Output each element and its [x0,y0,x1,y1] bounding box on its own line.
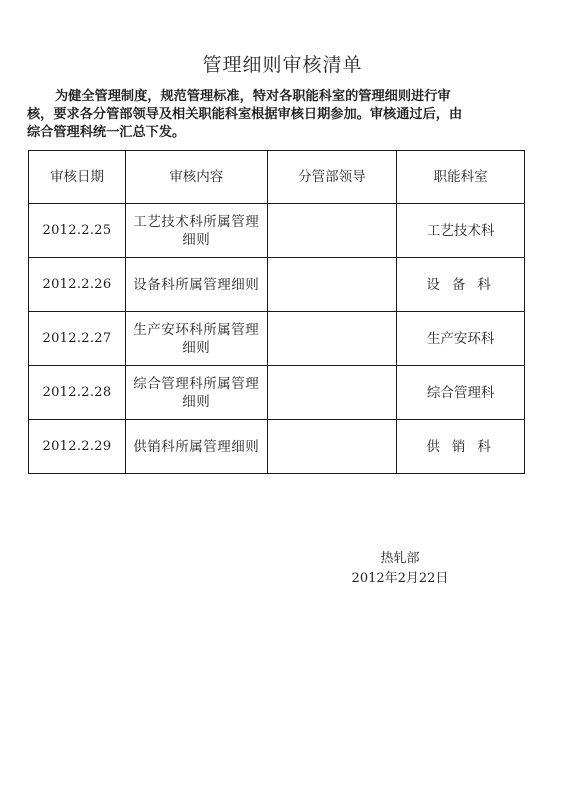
table-row: 2012.2.28 综合管理科所属管理 细则 综合管理科 [29,366,525,420]
content-line-2: 细则 [130,339,263,357]
table-header-row: 审核日期 审核内容 分管部领导 职能科室 [29,151,525,204]
table-row: 2012.2.26 设备科所属管理细则 设备科 [29,258,525,312]
department-cell: 综合管理科 [397,366,525,420]
content-line-2: 细则 [130,231,263,249]
leader-signature-cell[interactable] [267,258,397,312]
review-table: 审核日期 审核内容 分管部领导 职能科室 2012.2.25 工艺技术科所属管理… [28,150,525,474]
content-line-1: 工艺技术科所属管理 [130,213,263,231]
intro-line-1-text: 为健全管理制度，规范管理标准，特对各职能科室的管理细则进行审 [55,89,451,104]
table-row: 2012.2.27 生产安环科所属管理 细则 生产安环科 [29,312,525,366]
review-date-cell: 2012.2.28 [29,366,126,420]
header-division-leader: 分管部领导 [267,151,397,204]
intro-line-3: 综合管理科统一汇总下发。 [27,124,527,142]
content-line-1: 生产安环科所属管理 [130,321,263,339]
review-content-cell: 综合管理科所属管理 细则 [125,366,267,420]
intro-line-1: 为健全管理制度，规范管理标准，特对各职能科室的管理细则进行审 [27,88,527,106]
content-line-1: 综合管理科所属管理 [130,375,263,393]
signature-date: 2012年2月22日 [340,569,460,589]
leader-signature-cell[interactable] [267,420,397,474]
document-title: 管理细则审核清单 [0,50,565,77]
department-cell: 供销科 [397,420,525,474]
content-line-1: 供销科所属管理细则 [130,438,263,456]
table-row: 2012.2.29 供销科所属管理细则 供销科 [29,420,525,474]
leader-signature-cell[interactable] [267,204,397,258]
department-cell: 设备科 [397,258,525,312]
content-line-1: 设备科所属管理细则 [130,276,263,294]
review-date-cell: 2012.2.29 [29,420,126,474]
intro-line-2: 核，要求各分管部领导及相关职能科室根据审核日期参加。审核通过后，由 [27,106,527,124]
review-date-cell: 2012.2.26 [29,258,126,312]
intro-paragraph: 为健全管理制度，规范管理标准，特对各职能科室的管理细则进行审 核，要求各分管部领… [27,88,527,142]
review-date-cell: 2012.2.27 [29,312,126,366]
department-cell: 工艺技术科 [397,204,525,258]
review-content-cell: 设备科所属管理细则 [125,258,267,312]
header-review-date: 审核日期 [29,151,126,204]
content-line-2: 细则 [130,393,263,411]
review-content-cell: 生产安环科所属管理 细则 [125,312,267,366]
department-cell: 生产安环科 [397,312,525,366]
review-date-cell: 2012.2.25 [29,204,126,258]
signature-department: 热轧部 [340,549,460,569]
header-department: 职能科室 [397,151,525,204]
header-review-content: 审核内容 [125,151,267,204]
table-row: 2012.2.25 工艺技术科所属管理 细则 工艺技术科 [29,204,525,258]
signature-block: 热轧部 2012年2月22日 [340,549,460,589]
review-content-cell: 工艺技术科所属管理 细则 [125,204,267,258]
leader-signature-cell[interactable] [267,366,397,420]
leader-signature-cell[interactable] [267,312,397,366]
review-content-cell: 供销科所属管理细则 [125,420,267,474]
